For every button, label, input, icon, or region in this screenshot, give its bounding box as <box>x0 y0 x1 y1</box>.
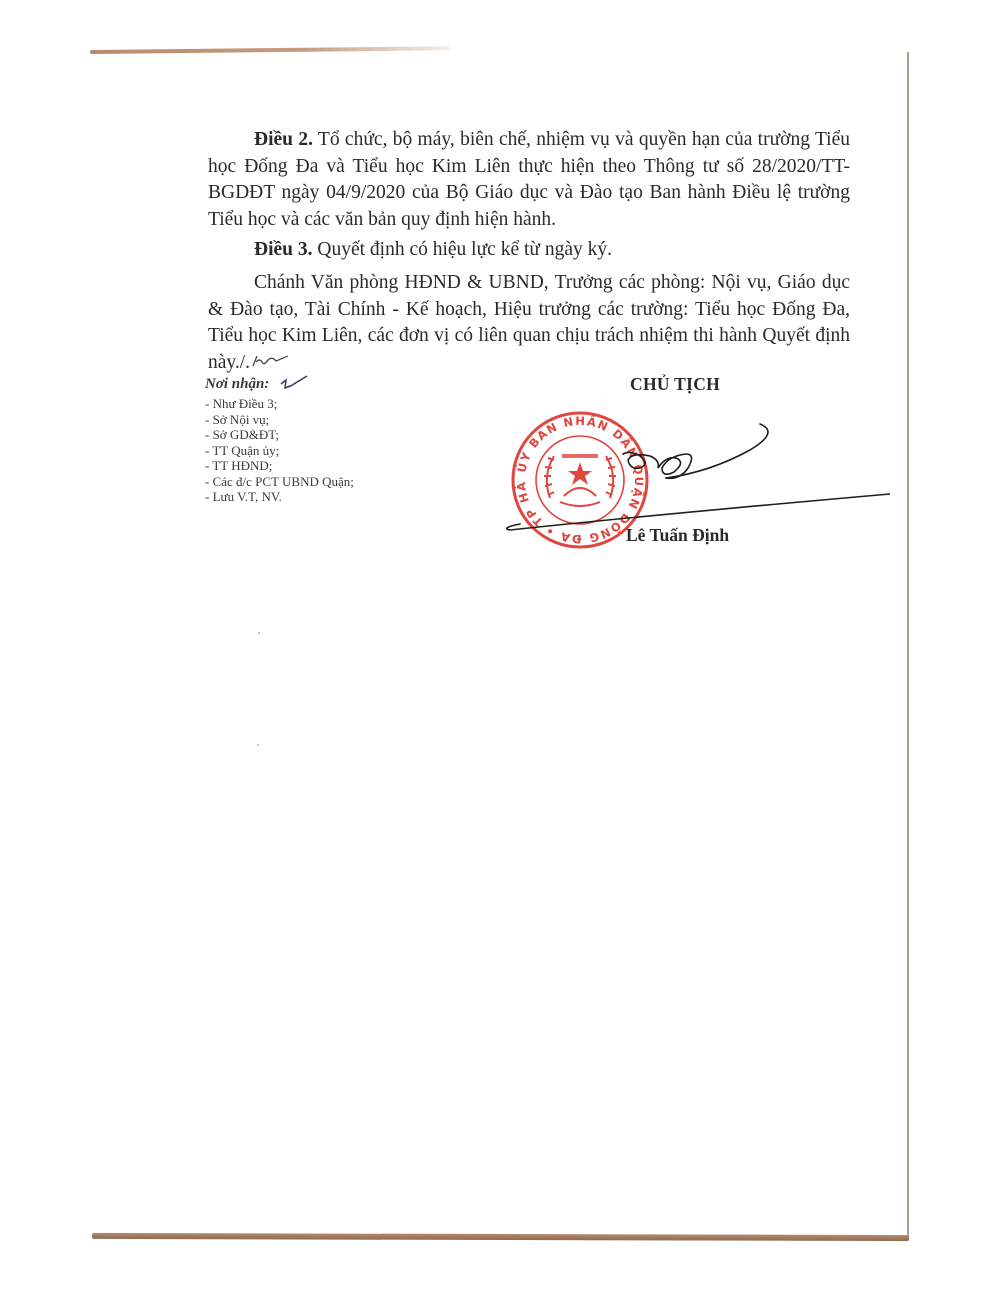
signer-name: Lê Tuấn Định <box>626 525 729 546</box>
recipients-block: Nơi nhận: - Như Điều 3; - Sở Nội vụ; - S… <box>205 374 354 505</box>
recipient-item: - TT HĐND; <box>205 458 354 474</box>
recipient-item: - Như Điều 3; <box>205 396 354 412</box>
signer-title: CHỦ TỊCH <box>630 374 720 395</box>
article-2: Điều 2. Tổ chức, bộ máy, biên chế, nhiệm… <box>208 127 850 233</box>
article-3-label: Điều 3. <box>254 239 313 260</box>
scan-speck <box>257 744 259 746</box>
page-edge-bottom <box>92 1233 909 1241</box>
page-edge-right <box>907 52 909 1238</box>
recipient-item: - Lưu V.T, NV. <box>205 489 354 505</box>
scan-speck <box>258 632 260 634</box>
recipient-item: - Sở GD&ĐT; <box>205 427 354 443</box>
recipient-item: - Các đ/c PCT UBND Quận; <box>205 474 354 490</box>
article-3-text: Quyết định có hiệu lực kể từ ngày ký. <box>313 239 613 260</box>
execution-clause: Chánh Văn phòng HĐND & UBND, Trưởng các … <box>208 270 850 376</box>
article-2-label: Điều 2. <box>254 129 313 150</box>
initials-scribble-icon <box>250 352 290 370</box>
page-edge-top <box>90 46 450 54</box>
recipients-heading: Nơi nhận: <box>205 374 269 394</box>
execution-clause-text: Chánh Văn phòng HĐND & UBND, Trưởng các … <box>208 272 850 373</box>
recipient-item: - Sở Nội vụ; <box>205 412 354 428</box>
recipient-item: - TT Quận ủy; <box>205 443 354 459</box>
recipients-initials-icon <box>277 374 311 392</box>
article-3: Điều 3. Quyết định có hiệu lực kể từ ngà… <box>208 237 850 264</box>
